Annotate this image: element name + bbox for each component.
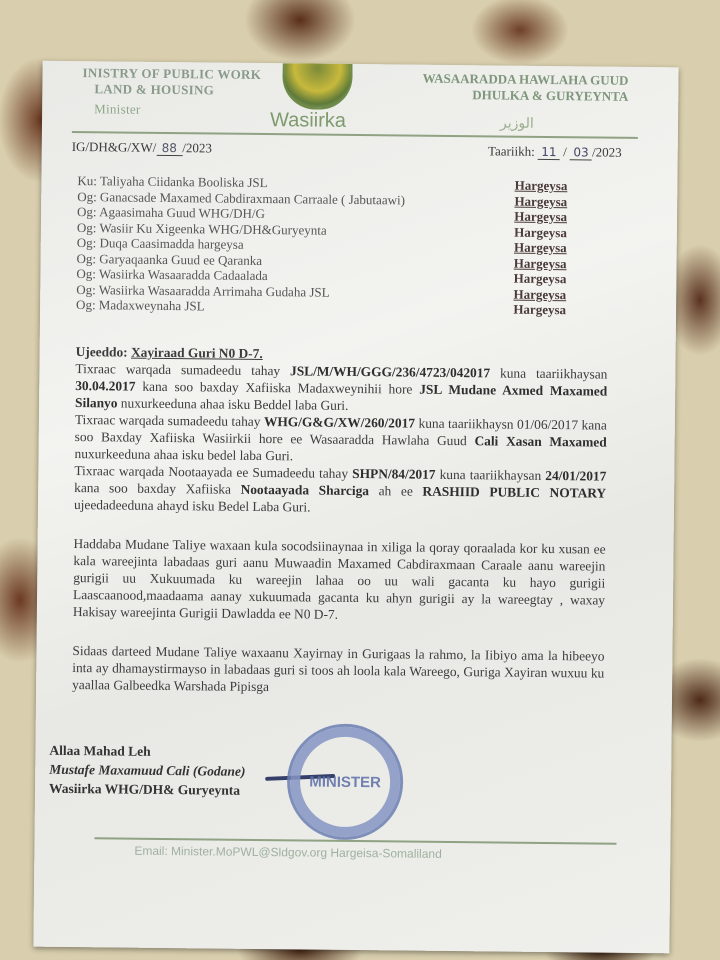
recipient-location: Hargeysa bbox=[514, 255, 567, 271]
signature-closing: Allaa Mahad Leh bbox=[49, 741, 245, 762]
official-stamp-icon: MINISTER bbox=[287, 723, 404, 840]
letter-body: Ujeeddo: Xayiraad Guri N0 D-7. Tixraac w… bbox=[72, 343, 608, 699]
recipient-location: Hargeysa bbox=[513, 286, 566, 302]
reference-2: Tixraac warqada sumadeedu tahay WHG/G&G/… bbox=[74, 411, 607, 468]
signatory-title: Wasiirka WHG/DH& Guryeynta bbox=[49, 779, 245, 800]
recipient-list: Ku: Taliyaha Ciidanka Booliska JSLHargey… bbox=[76, 173, 567, 318]
letterhead-title: Wasiirka bbox=[270, 109, 346, 133]
signature-block: Allaa Mahad Leh Mustafe Maxamuud Cali (G… bbox=[49, 741, 246, 800]
footer-contact: Email: Minister.MoPWL@Sldgov.org Hargeis… bbox=[134, 844, 442, 861]
arabic-title: الوزير bbox=[500, 115, 534, 132]
ministry-name-so: WASAARADDA HAWLAHA GUUD bbox=[423, 71, 629, 89]
date-month: 03 bbox=[570, 145, 592, 160]
ministry-subname-en: LAND & HOUSING bbox=[82, 81, 261, 99]
reference-year: /2023 bbox=[182, 140, 212, 155]
body-paragraph-2: Sidaas darteed Mudane Taliye waxaanu Xay… bbox=[72, 642, 605, 699]
ministry-subname-so: DHULKA & GURYEYNTA bbox=[422, 87, 628, 105]
recipient-name: Og: Duqa Caasimadda hargeysa bbox=[77, 235, 244, 252]
reference-handwritten-number: 88 bbox=[156, 141, 182, 156]
recipient-location: Hargeysa bbox=[513, 302, 566, 318]
recipient-location: Hargeysa bbox=[515, 178, 568, 194]
reference-number: IG/DH&G/XW/88/2023 bbox=[72, 139, 212, 156]
date-year: /2023 bbox=[592, 144, 622, 159]
national-emblem-icon bbox=[282, 63, 352, 110]
reference-prefix: IG/DH&G/XW/ bbox=[72, 139, 157, 155]
letterhead-somali: WASAARADDA HAWLAHA GUUD DHULKA & GURYEYN… bbox=[422, 71, 628, 105]
body-paragraph-1: Haddaba Mudane Taliye waxaan kula socods… bbox=[73, 535, 606, 626]
recipient-location: Hargeysa bbox=[514, 240, 567, 256]
recipient-location: Hargeysa bbox=[514, 224, 567, 240]
recipient-location: Hargeysa bbox=[514, 193, 567, 209]
signatory-name: Mustafe Maxamuud Cali (Godane) bbox=[49, 760, 245, 781]
reference-1: Tixraac warqada sumadeedu tahay JSL/M/WH… bbox=[75, 360, 608, 417]
recipient-location: Hargeysa bbox=[514, 271, 567, 287]
header-divider bbox=[72, 131, 638, 139]
date-separator: / bbox=[563, 144, 567, 159]
letter-page: INISTRY OF PUBLIC WORK LAND & HOUSING Mi… bbox=[33, 61, 678, 954]
date-day: 11 bbox=[538, 145, 560, 160]
subject-label: Ujeeddo: bbox=[76, 344, 128, 360]
ministry-name-en: INISTRY OF PUBLIC WORK bbox=[82, 65, 261, 83]
letter-date: Taariikh: 11 / 03/2023 bbox=[488, 143, 622, 160]
letterhead-english: INISTRY OF PUBLIC WORK LAND & HOUSING Mi… bbox=[82, 65, 261, 119]
reference-3: Tixraac warqada Nootaayada ee Sumadeedu … bbox=[74, 462, 607, 519]
recipient-location: Hargeysa bbox=[514, 209, 567, 225]
minister-label: Minister bbox=[82, 101, 261, 119]
date-label: Taariikh: bbox=[488, 143, 535, 158]
subject-value: Xayiraad Guri N0 D-7. bbox=[131, 345, 263, 361]
stamp-text: MINISTER bbox=[309, 773, 381, 791]
recipient-name: Og: Madaxweynaha JSL bbox=[76, 297, 205, 314]
